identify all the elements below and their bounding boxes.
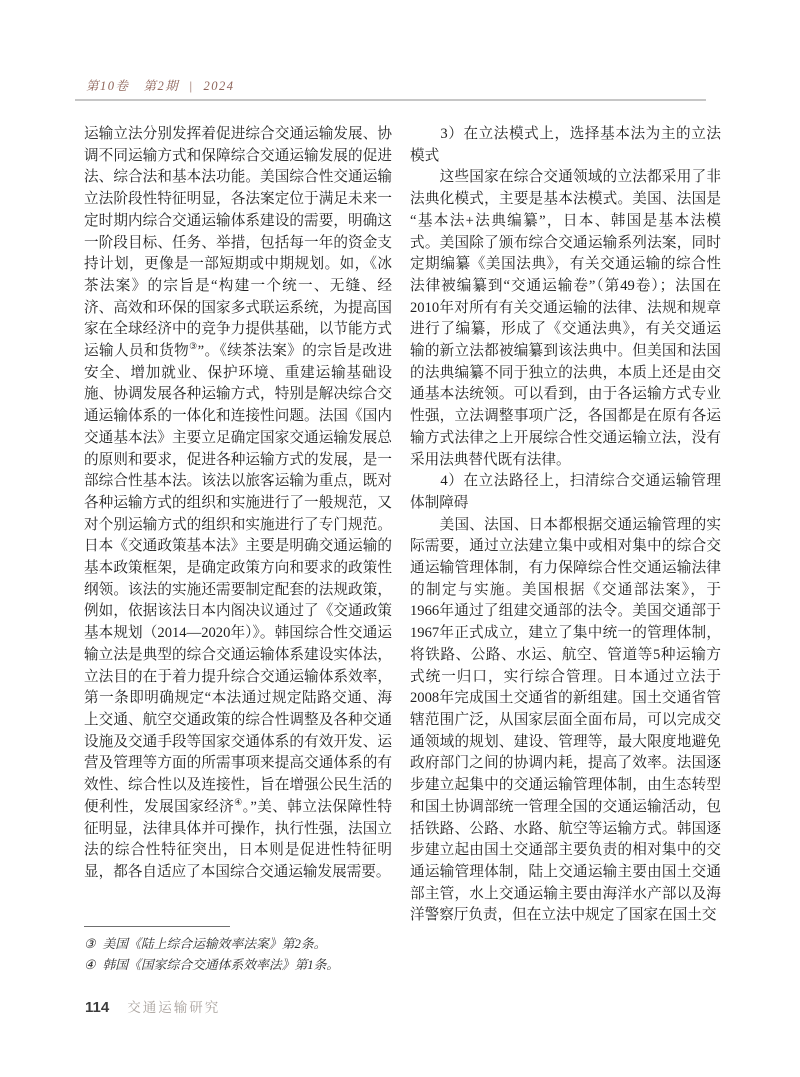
body-paragraph: 4）在立法路径上，扫清综合交通运输管理体制障碍 (410, 471, 721, 514)
footnote-marker: ③ (84, 937, 95, 951)
footnote-marker: ④ (84, 958, 95, 972)
footnote-item: ③美国《陆上综合运输效率法案》第2条。 (84, 934, 404, 955)
footnote-separator-rule (84, 926, 230, 927)
right-text-column: 3）在立法模式上，选择基本法为主的立法模式 这些国家在综合交通领域的立法都采用了… (410, 124, 721, 927)
footnote-text: 美国《陆上综合运输效率法案》第2条。 (102, 937, 326, 951)
page-number: 114 (85, 999, 109, 1016)
journal-name: 交通运输研究 (127, 1000, 220, 1015)
body-paragraph: 3）在立法模式上，选择基本法为主的立法模式 (410, 124, 721, 167)
footnotes: ③美国《陆上综合运输效率法案》第2条。 ④韩国《国家综合交通体系效率法》第1条。 (84, 934, 404, 976)
left-text-column: 运输立法分别发挥着促进综合交通运输发展、协调不同运输方式和保障综合交通运输发展的… (84, 124, 392, 884)
header-divider: | (189, 79, 194, 93)
volume-issue-label: 第10卷 第2期 (86, 79, 179, 93)
page-footer: 114 交通运输研究 (85, 996, 220, 1017)
running-head: 第10卷 第2期 | 2024 (86, 76, 234, 94)
body-paragraph: 美国、法国、日本都根据交通运输管理的实际需要，通过立法建立集中或相对集中的综合交… (410, 515, 721, 927)
year-label: 2024 (203, 79, 234, 93)
body-paragraph: 这些国家在综合交通领域的立法都采用了非法典化模式，主要是基本法模式。美国、法国是… (410, 167, 721, 471)
journal-page: 第10卷 第2期 | 2024 运输立法分别发挥着促进综合交通运输发展、协调不同… (0, 0, 800, 1077)
footnote-text: 韩国《国家综合交通体系效率法》第1条。 (102, 958, 339, 972)
body-paragraph: 运输立法分别发挥着促进综合交通运输发展、协调不同运输方式和保障综合交通运输发展的… (84, 124, 392, 884)
footnote-item: ④韩国《国家综合交通体系效率法》第1条。 (84, 955, 404, 976)
header-rule (75, 99, 706, 101)
